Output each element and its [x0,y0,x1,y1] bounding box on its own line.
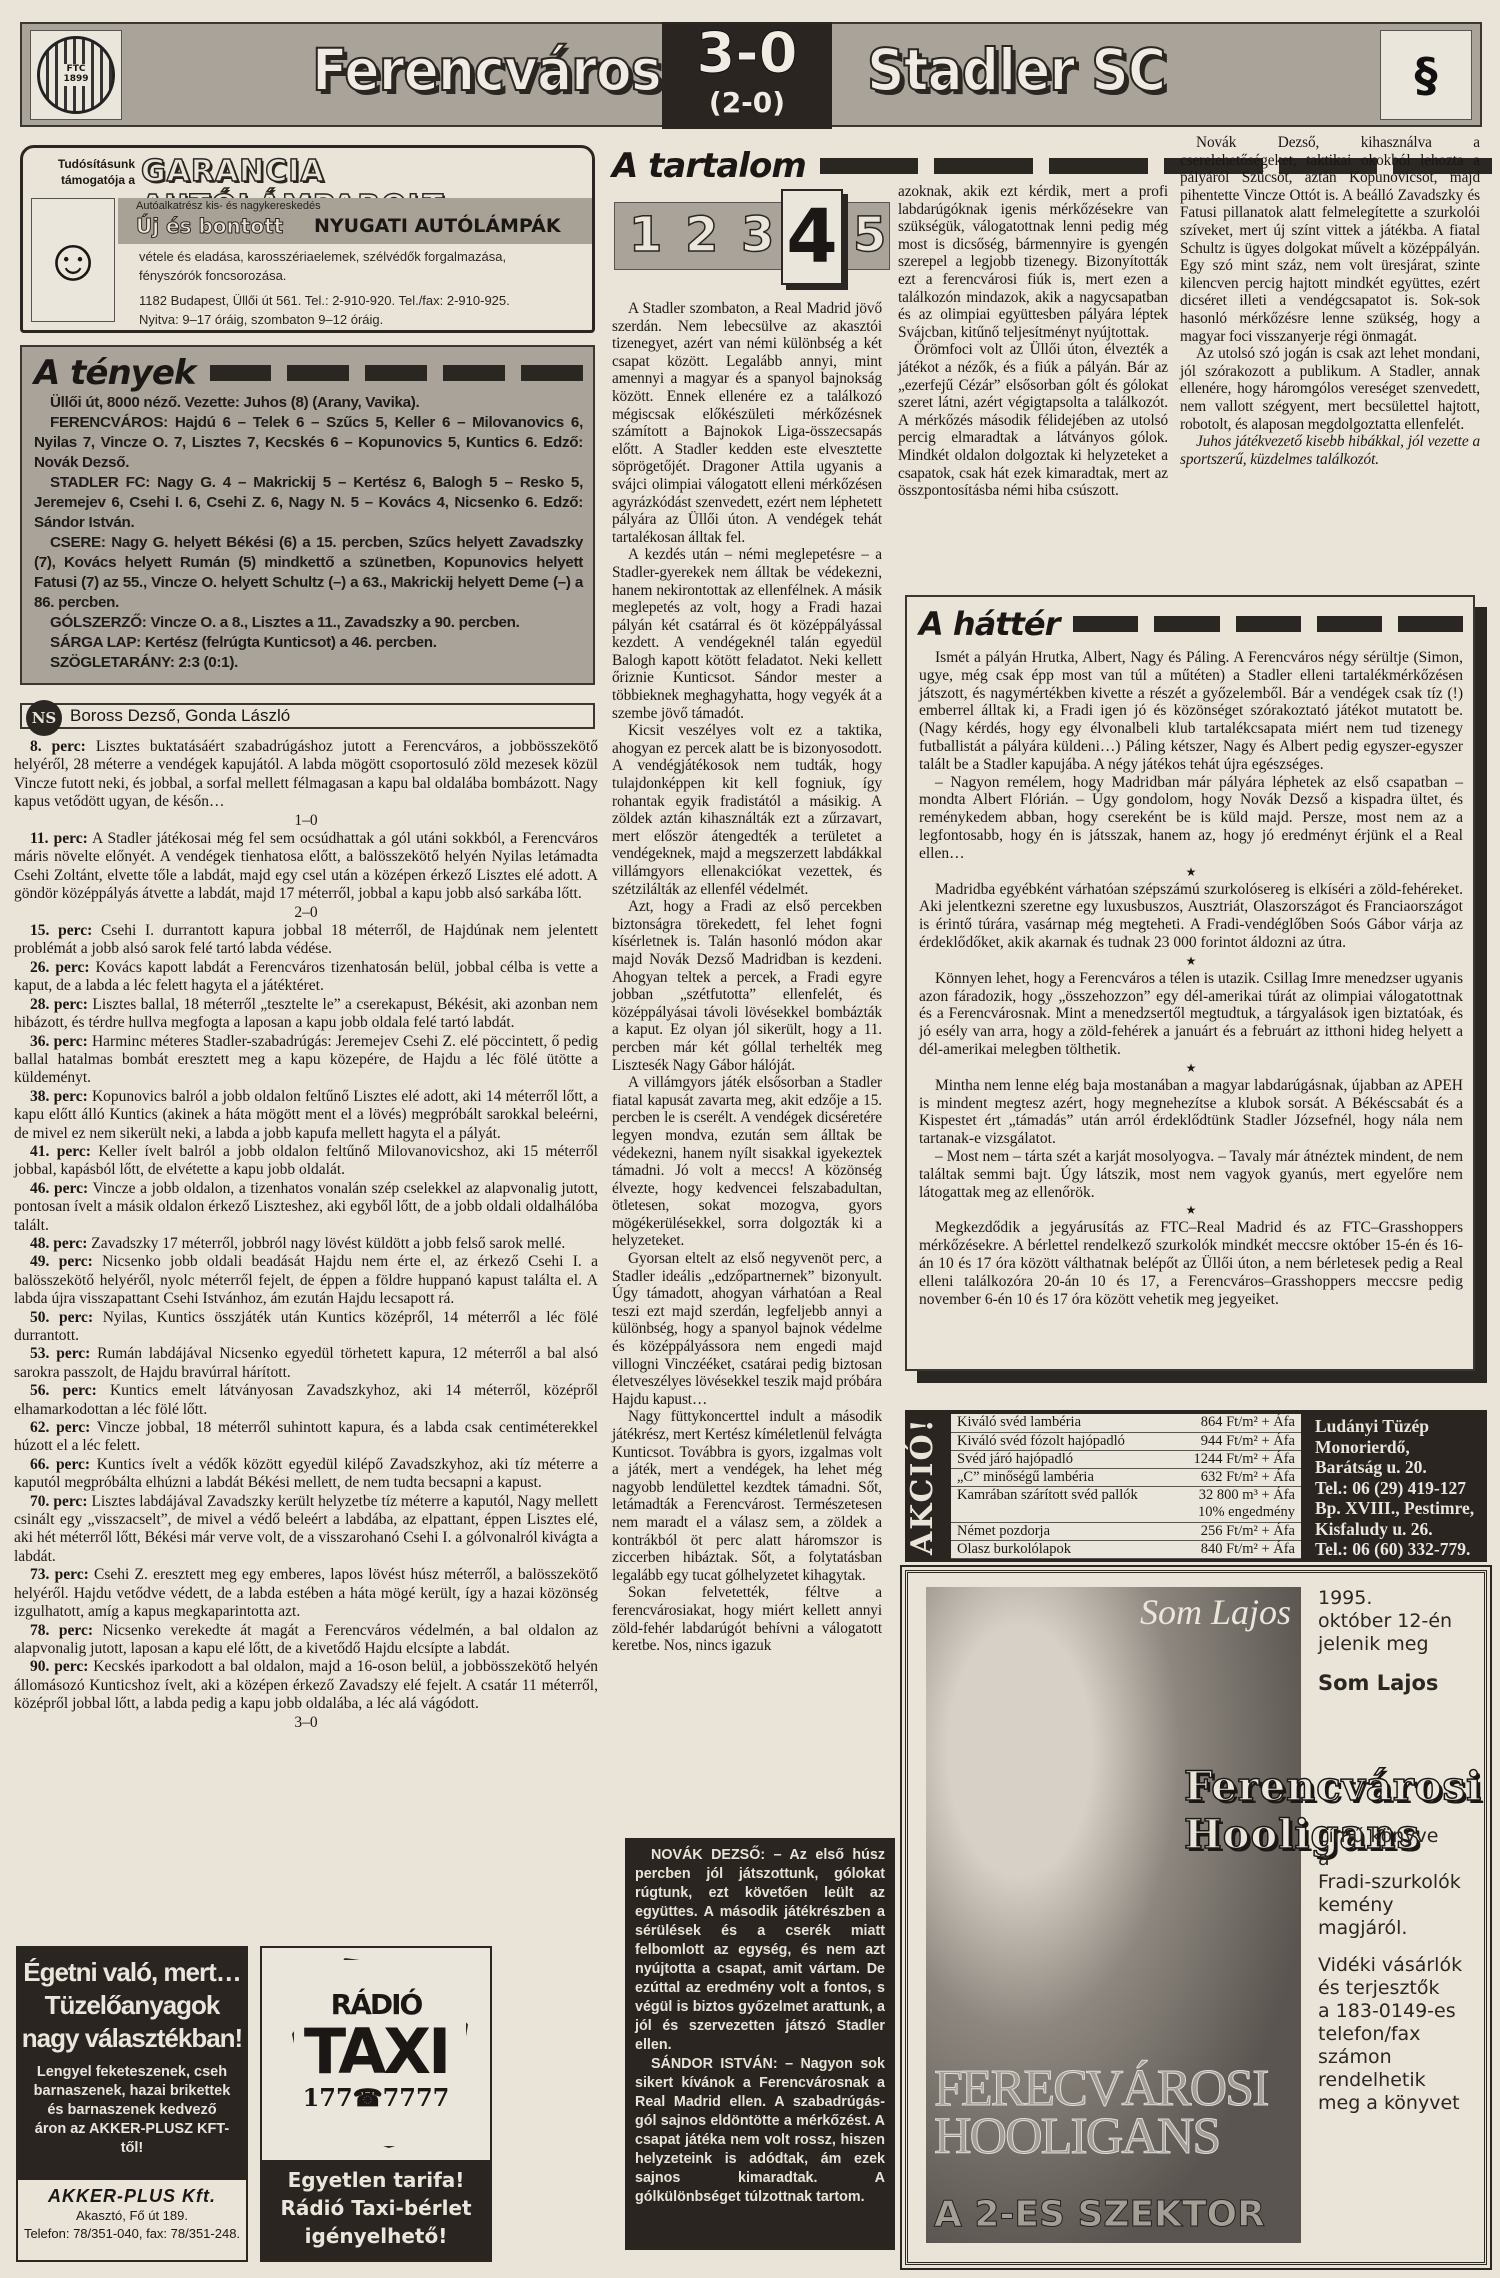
price-row: Német pozdorja256 Ft/m² + Áfa [951,1522,1301,1540]
score-update: 3–0 [14,1714,598,1732]
report-entry: 49. perc: Nicsenko jobb oldali beadását … [14,1253,598,1308]
report-minute: 49. perc: [30,1253,93,1270]
report-text: Kuntics ívelt a védők között egyedül kil… [14,1456,598,1491]
score-update: 1–0 [14,812,598,830]
facts-corners: SZÖGLETARÁNY: 2:3 (0:1). [34,653,583,673]
report-text: Lisztes buktatásáért szabadrúgáshoz juto… [14,738,598,810]
rating-4-selected: 4 [781,189,843,285]
price-row: Kamrában szárított svéd pallók32 800 m³ … [951,1486,1301,1504]
product-name: Német pozdorja [951,1522,1171,1540]
away-team-name: Stadler SC [867,36,1165,104]
paragraph: Azt, hogy a Fradi az első percekben bizt… [612,898,882,1074]
quote-text: – Nagyon sok sikert kívánok a Ferencváro… [635,2056,885,2205]
facts-venue: Üllői út, 8000 néző. Vezette: Juhos (8) … [34,393,583,413]
report-entry: 70. perc: Lisztes labdájával Zavadszky k… [14,1493,598,1567]
side-line: című könyve [1318,1825,1462,1848]
address-line: Kisfaludy u. 26. [1315,1519,1474,1540]
facts-home-lineup: FERENCVÁROS: Hajdú 6 – Telek 6 – Szűcs 5… [34,413,583,473]
side-line: 1995. [1318,1587,1462,1610]
quote-label: SÁNDOR ISTVÁN: [651,2056,778,2072]
product-price: 256 Ft/m² + Áfa [1171,1522,1301,1540]
stadler-s-logo-icon: § [1415,52,1438,98]
price-row: Svéd járó hajópadló1244 Ft/m² + Áfa [951,1450,1301,1468]
report-text: Csehi I. durrantott kapura jobbal 18 mét… [14,922,598,957]
rating-scale: 1 2 3 4 5 [614,202,890,270]
product-name: Kamrában szárított svéd pallók [951,1486,1171,1504]
paragraph: A villámgyors játék elsősorban a Stadler… [612,1074,882,1250]
score-update: 2–0 [14,904,598,922]
address-line: Barátság u. 20. [1315,1457,1474,1478]
cover-title: FERECVÁROSI HOOLIGANS [934,2065,1294,2161]
product-price: 1244 Ft/m² + Áfa [1171,1450,1301,1468]
fuel-ad-contact: AKKER-PLUS Kft. Akasztó, Fő út 189. Tele… [18,2180,246,2243]
fuel-ad-dark-panel: Égetni való, mert… Tüzelőanyagok nagy vá… [18,1948,246,2180]
order-line: a 183-0149-es [1318,2000,1462,2023]
report-minute: 53. perc: [30,1345,90,1362]
byline-authors: Boross Dezső, Gonda László [70,706,290,726]
product-price: 944 Ft/m² + Áfa [1171,1432,1301,1450]
match-report: 8. perc: Lisztes buktatásáért szabadrúgá… [14,738,598,1732]
slogan-line: Rádió Taxi-bérlet [262,2194,490,2222]
book-author: Som Lajos [1318,1672,1462,1695]
address-line: Tel.: 06 (60) 332-779. [1315,1539,1474,1560]
match-header-banner: FTC1899 Ferencváros 3-0 (2-0) Stadler SC… [20,22,1482,127]
byline: NS Boross Dezső, Gonda László [20,703,595,729]
report-entry: 15. perc: Csehi I. durrantott kapura job… [14,922,598,959]
background-box: A háttér Ismét a pályán Hrutka, Albert, … [905,595,1475,1371]
book-cover-photo: Som Lajos FERECVÁROSI HOOLIGANS A 2-ES S… [926,1587,1301,2243]
paragraph: Örömfoci volt az Üllői úton, élvezték a … [898,341,1168,499]
paragraph: A kezdés után – némi meglepetésre – a St… [612,546,882,722]
paragraph: Nagy füttykoncerttel indult a második já… [612,1408,882,1584]
report-minute: 28. perc: [30,996,88,1013]
report-minute: 26. perc: [30,959,90,976]
report-entry: 50. perc: Nyilas, Kuntics összjáték után… [14,1309,598,1346]
side-line: jelenik meg [1318,1633,1462,1656]
book-side-text: 1995. október 12-én jelenik meg Som Lajo… [1318,1587,1462,2115]
price-row: Olasz burkolólapok840 Ft/m² + Áfa [951,1540,1301,1558]
taxi-slogan: Egyetlen tarifa! Rádió Taxi-bérlet igény… [262,2160,490,2260]
stadler-crest: § [1380,30,1472,120]
fuel-address: Akasztó, Fő út 189. [18,2207,246,2225]
report-text: Keller ívelt balról a jobb oldalon feltű… [14,1143,598,1178]
star-divider-icon: ★ [919,1059,1463,1077]
report-entry: 8. perc: Lisztes buktatásáért szabadrúgá… [14,738,598,812]
report-minute: 15. perc: [30,922,92,939]
side-line: október 12-én [1318,1610,1462,1633]
address-line: Monorierdő, [1315,1437,1474,1458]
paragraph: Az utolsó szó jogán is csak azt lehet mo… [1180,345,1480,433]
report-text: Nyilas, Kuntics összjáték után Kuntics k… [14,1309,598,1344]
ftc-crest-icon: FTC1899 [37,36,115,114]
report-minute: 48. perc: [30,1235,87,1252]
report-minute: 46. perc: [30,1180,88,1197]
paragraph: Sokan felvetették, féltve a ferencvárosi… [612,1584,882,1654]
report-entry: 78. perc: Nicsenko verekedte át magát a … [14,1622,598,1659]
report-minute: 90. perc: [30,1658,88,1675]
report-entry: 56. perc: Kuntics emelt látványosan Zava… [14,1382,598,1419]
product-name [951,1504,1171,1522]
report-minute: 73. perc: [30,1566,89,1583]
report-minute: 70. perc: [30,1493,87,1510]
fuel-company: AKKER-PLUS Kft. [18,2186,246,2207]
star-divider-icon: ★ [919,952,1463,970]
report-entry: 53. perc: Rumán labdájával Nicsenko egye… [14,1345,598,1382]
report-text: Kuntics emelt látványosan Zavadszkyhoz, … [14,1382,598,1417]
paragraph: – Most nem – tárta szét a karját mosolyo… [919,1148,1463,1201]
logo-taxi: TAXI [262,2021,490,2083]
report-text: Kopunovics balról a jobb oldalon feltűnő… [14,1088,598,1142]
report-minute: 66. perc: [30,1456,90,1473]
order-line: telefon/fax [1318,2023,1462,2046]
report-text: Lisztes ballal, 18 méterről „tesztelte l… [14,996,598,1031]
report-minute: 11. perc: [30,830,88,847]
sponsor-headline-dark: NYUGATI AUTÓLÁMPÁK [314,215,561,237]
ns-badge-icon: NS [26,700,62,736]
cover-subtitle: A 2-ES SZEKTOR [934,2194,1265,2235]
report-minute: 36. perc: [30,1033,88,1050]
report-entry: 66. perc: Kuntics ívelt a védők között e… [14,1456,598,1493]
quote-sandor: SÁNDOR ISTVÁN: – Nagyon sok sikert kíván… [635,2055,885,2207]
paragraph: – Nagyon remélem, hogy Madridban már pál… [919,774,1463,863]
paragraph: Kicsit veszélyes volt ez a taktika, ahog… [612,722,882,898]
referee-note: Juhos játékvezető kisebb hibákkal, jól v… [1180,433,1480,468]
slogan-line: igényelhető! [262,2222,490,2250]
rating-3: 3 [741,207,774,263]
ferencvaros-crest: FTC1899 [30,30,122,120]
headline-line: nagy választékban! [18,2022,246,2055]
address-line: Ludányi Tüzép [1315,1416,1474,1437]
mascot-thumbs-up-icon: ☺ [31,198,115,322]
scoreboard: 3-0 (2-0) [662,22,832,129]
radio-taxi-logo: RÁDIÓ TAXI 177☎7777 [262,1988,490,2112]
report-text: Nicsenko jobb oldali beadását Hajdu nem … [14,1253,598,1307]
quote-label: NOVÁK DEZSŐ: [651,1847,765,1863]
price-row: „C” minőségű lambéria632 Ft/m² + Áfa [951,1468,1301,1486]
report-entry: 41. perc: Keller ívelt balról a jobb old… [14,1143,598,1180]
akcio-address: Ludányi TüzépMonorierdő,Barátság u. 20.T… [1315,1416,1474,1560]
report-minute: 50. perc: [30,1309,93,1326]
sponsor-description: vétele és eladása, karosszériaelemek, sz… [139,248,510,329]
report-text: Rumán labdájával Nicsenko egyedül törhet… [14,1345,598,1380]
slogan-line: Egyetlen tarifa! [262,2166,490,2194]
report-text: Lisztes labdájával Zavadszky került hely… [14,1493,598,1565]
facts-box: A tények Üllői út, 8000 néző. Vezette: J… [20,345,595,685]
sponsor-headline-light: Új és bontott [136,214,283,238]
coach-quotes-box: NOVÁK DEZSŐ: – Az első húsz percben jól … [625,1838,895,2250]
taxi-ad-radio-taxi: RÁDIÓ TAXI 177☎7777 Egyetlen tarifa! Rád… [260,1946,492,2262]
fuel-headline: Égetni való, mert… Tüzelőanyagok nagy vá… [18,1956,246,2055]
order-line: rendelhetik [1318,2069,1462,2092]
sponsor-hours: Nyitva: 9–17 óráig, szombaton 9–12 óráig… [139,311,510,330]
product-price: 864 Ft/m² + Áfa [1171,1414,1301,1432]
sponsor-ad-garancia: Tudósításunk támogatója a GARANCIA AUTÓL… [20,145,595,333]
product-price: 840 Ft/m² + Áfa [1171,1540,1301,1558]
report-minute: 41. perc: [30,1143,91,1160]
report-entry: 46. perc: Vincze a jobb oldalon, a tizen… [14,1180,598,1235]
paragraph: Ismét a pályán Hrutka, Albert, Nagy és P… [919,649,1463,774]
report-text: Csehi Z. eresztett meg egy emberes, lapo… [14,1566,598,1620]
paragraph: Novák Dezső, kihasználva a cserelehetősé… [1180,134,1480,345]
heading-dashes [1073,616,1463,632]
price-row: Kiváló svéd fózolt hajópadló944 Ft/m² + … [951,1432,1301,1450]
fuel-ad-akker-plus: Égetni való, mert… Tüzelőanyagok nagy vá… [16,1946,248,2262]
order-line: meg a könyvet [1318,2092,1462,2115]
paragraph: A Stadler szombaton, a Real Madrid jövő … [612,300,882,546]
report-text: Vincze a jobb oldalon, a tizenhatos vona… [14,1180,598,1234]
address-line: Bp. XVIII., Pestimre, [1315,1498,1474,1519]
report-text: Harminc méteres Stadler-szabadrúgás: Jer… [14,1033,598,1087]
content-column-1: A Stadler szombaton, a Real Madrid jövő … [612,300,882,1655]
taxi-phone: 177☎7777 [262,2083,490,2112]
cover-author: Som Lajos [1140,1591,1291,1633]
sponsor-band: Autóalkatrész kis- és nagykereskedés Új … [118,198,592,244]
report-entry: 28. perc: Lisztes ballal, 18 méterről „t… [14,996,598,1033]
report-text: Kovács kapott labdát a Ferencváros tizen… [14,959,598,994]
paragraph: Madridba egyébként várhatóan szépszámú s… [919,881,1463,952]
paragraph: azoknak, akik ezt kérdik, mert a profi l… [898,183,1168,341]
background-title: A háttér [919,605,1059,643]
halftime-score: (2-0) [662,86,832,120]
report-entry: 11. perc: A Stadler játékosai még fel se… [14,830,598,904]
headline-line: Tüzelőanyagok [18,1989,246,2022]
report-entry: 62. perc: Vincze jobbal, 18 méterről suh… [14,1419,598,1456]
rating-1: 1 [629,207,662,263]
akcio-label: AKCIÓ! [905,1410,945,1562]
report-text: Nicsenko verekedte át magát a Ferencváro… [14,1622,598,1657]
facts-heading: A tények [34,353,583,393]
fuel-body: Lengyel feketeszenek, cseh barnaszenek, … [18,2063,246,2158]
facts-scorers: GÓLSZERZŐ: Vincze O. a 8., Lisztes a 11.… [34,613,583,633]
side-line: Fradi-szurkolók [1318,1871,1462,1894]
sponsor-line: fényszórók foncsorozása. [139,267,510,286]
report-text: Zavadszky 17 méterről, jobbról nagy lövé… [87,1235,565,1252]
price-row: Kiváló svéd lambéria864 Ft/m² + Áfa [951,1414,1301,1432]
order-line: és terjesztők [1318,1977,1462,2000]
facts-away-lineup: STADLER FC: Nagy G. 4 – Makrickij 5 – Ke… [34,473,583,533]
report-entry: 38. perc: Kopunovics balról a jobb oldal… [14,1088,598,1143]
heading-dashes [210,365,583,381]
rating-5: 5 [853,207,886,263]
paragraph: Könnyen lehet, hogy a Ferencváros a téle… [919,970,1463,1059]
star-divider-icon: ★ [919,863,1463,881]
facts-yellow-card: SÁRGA LAP: Kertész (felrúgta Kunticsot) … [34,633,583,653]
side-line: a [1318,1848,1462,1871]
price-row: 10% engedmény [951,1504,1301,1522]
background-heading: A háttér [919,605,1463,643]
paragraph: Gyorsan eltelt az első negyvenöt perc, a… [612,1250,882,1408]
quote-novak: NOVÁK DEZSŐ: – Az első húsz percben jól … [635,1846,885,2055]
quote-text: – Az első húsz percben jól játszottunk, … [635,1847,885,2053]
paragraph: Mintha nem lenne elég baja mostanában a … [919,1077,1463,1148]
order-line: Vidéki vásárlók [1318,1954,1462,1977]
rating-2: 2 [685,207,718,263]
final-score: 3-0 [662,22,832,86]
price-table: Kiváló svéd lambéria864 Ft/m² + ÁfaKivál… [951,1414,1301,1559]
akcio-ad-ludanyi: AKCIÓ! Kiváló svéd lambéria864 Ft/m² + Á… [905,1410,1487,1562]
paragraph: Megkezdődik a jegyárusítás az FTC–Real M… [919,1219,1463,1308]
sponsor-line: vétele és eladása, karosszériaelemek, sz… [139,248,510,267]
product-price: 10% engedmény [1171,1504,1301,1522]
report-entry: 73. perc: Csehi Z. eresztett meg egy emb… [14,1566,598,1621]
facts-title: A tények [34,353,196,393]
home-team-name: Ferencváros [312,36,661,104]
report-minute: 56. perc: [30,1382,97,1399]
address-line: Tel.: 06 (29) 419-127 [1315,1478,1474,1499]
product-name: Olasz burkolólapok [951,1540,1171,1558]
product-name: „C” minőségű lambéria [951,1468,1171,1486]
report-text: A Stadler játékosai még fel sem ocsúdhat… [14,830,598,902]
fuel-phone: Telefon: 78/351-040, fax: 78/351-248. [18,2225,246,2243]
product-name: Kiváló svéd fózolt hajópadló [951,1432,1171,1450]
report-entry: 36. perc: Harminc méteres Stadler-szabad… [14,1033,598,1088]
product-price: 632 Ft/m² + Áfa [1171,1468,1301,1486]
report-text: Kecskés iparkodott a bal oldalon, majd a… [14,1658,598,1712]
sponsor-subtitle: Autóalkatrész kis- és nagykereskedés [136,200,321,212]
content-column-3: Novák Dezső, kihasználva a cserelehetősé… [1180,134,1480,468]
report-minute: 8. perc: [30,738,86,755]
sponsor-address: 1182 Budapest, Üllői út 561. Tel.: 2-910… [139,292,510,311]
content-column-2: azoknak, akik ezt kérdik, mert a profi l… [898,183,1168,500]
report-entry: 26. perc: Kovács kapott labdát a Ferencv… [14,959,598,996]
side-line: magjáról. [1318,1917,1462,1940]
order-line: számon [1318,2046,1462,2069]
book-ad-hooligans: Som Lajos FERECVÁROSI HOOLIGANS A 2-ES S… [905,1570,1487,2265]
report-minute: 38. perc: [30,1088,88,1105]
product-name: Svéd járó hajópadló [951,1450,1171,1468]
report-minute: 78. perc: [30,1622,93,1639]
content-title: A tartalom [612,146,806,186]
side-line: kemény [1318,1894,1462,1917]
background-body: Ismét a pályán Hrutka, Albert, Nagy és P… [919,649,1463,1308]
report-entry: 48. perc: Zavadszky 17 méterről, jobbról… [14,1235,598,1253]
facts-substitutions: CSERE: Nagy G. helyett Békési (6) a 15. … [34,533,583,613]
report-entry: 90. perc: Kecskés iparkodott a bal oldal… [14,1658,598,1713]
report-text: Vincze jobbal, 18 méterről suhintott kap… [14,1419,598,1454]
sponsor-intro: Tudósításunk támogatója a [55,156,135,188]
product-name: Kiváló svéd lambéria [951,1414,1171,1432]
report-minute: 62. perc: [30,1419,90,1436]
product-price: 32 800 m³ + Áfa [1171,1486,1301,1504]
headline-line: Égetni való, mert… [18,1956,246,1989]
star-divider-icon: ★ [919,1201,1463,1219]
